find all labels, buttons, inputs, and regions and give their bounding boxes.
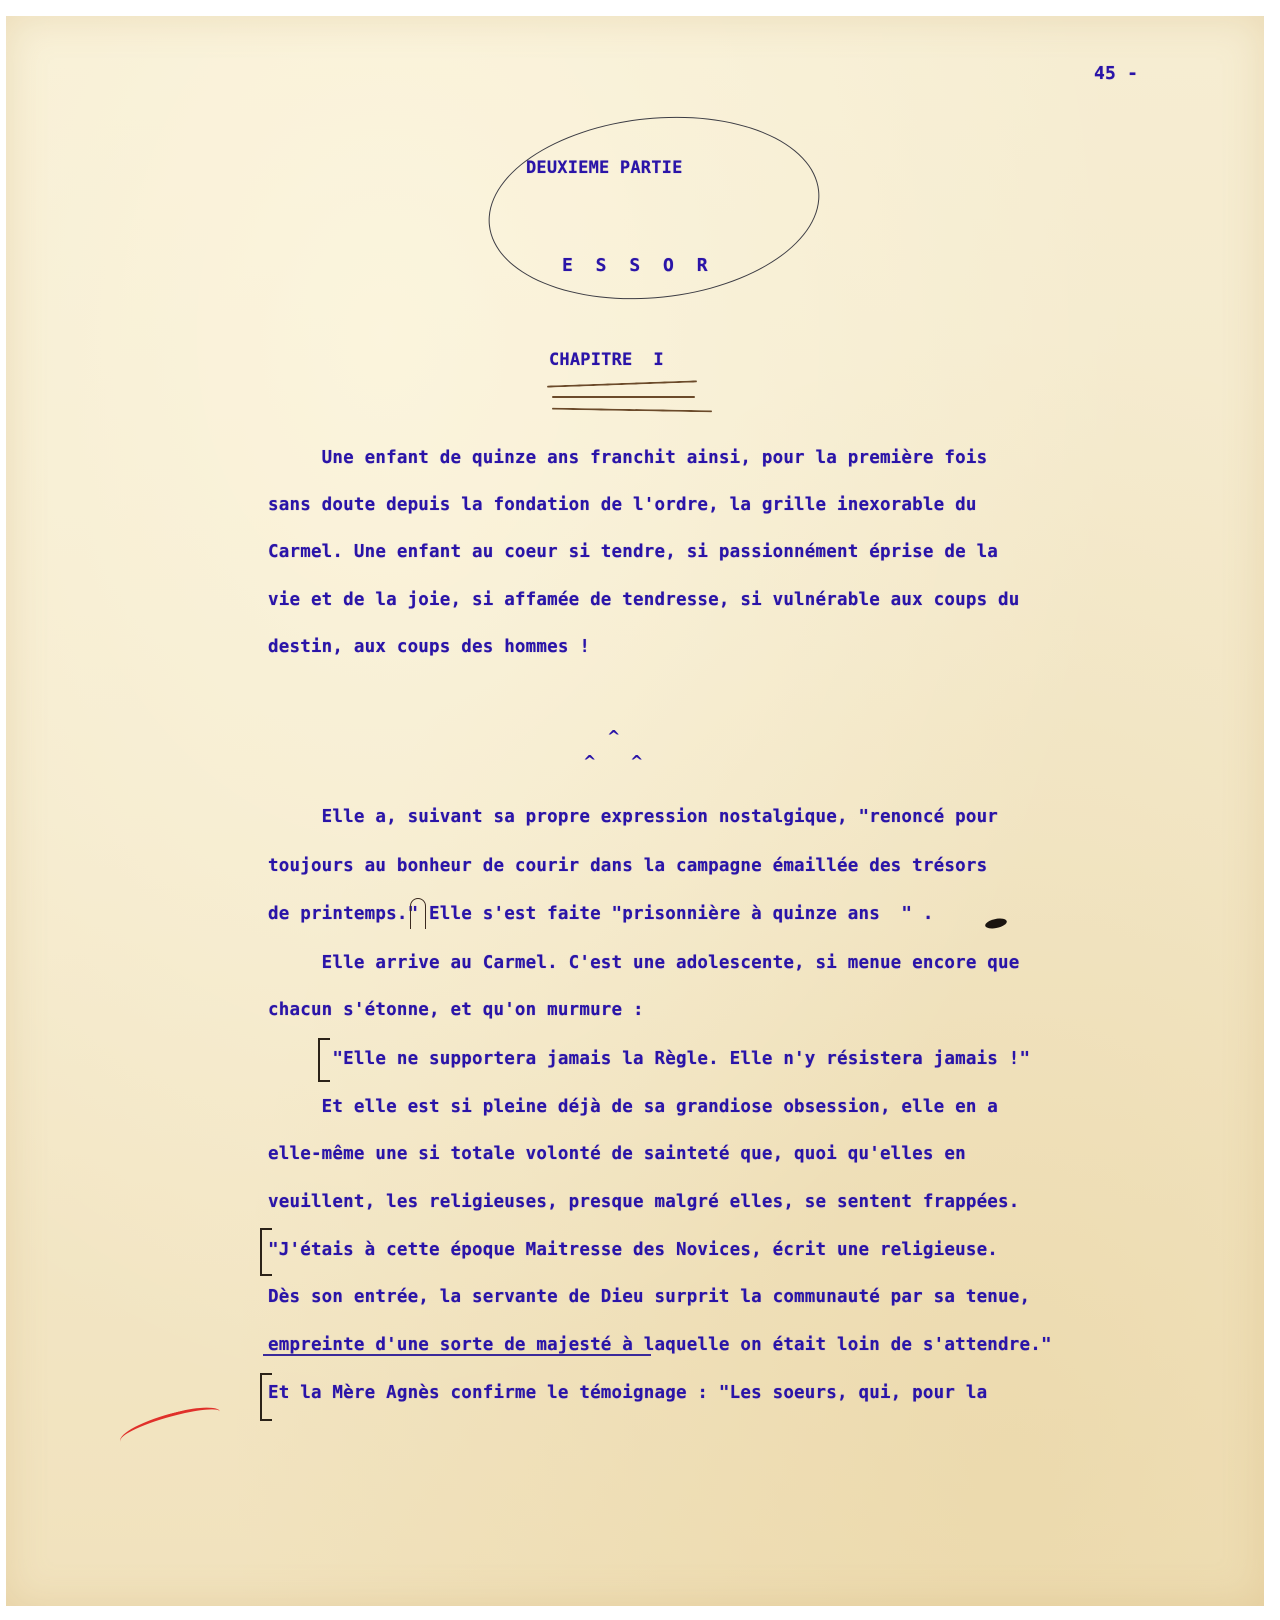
handwritten-underline (263, 1354, 651, 1356)
text-line: sans doute depuis la fondation de l'ordr… (268, 495, 977, 515)
text-line: "J'étais à cette époque Maitresse des No… (268, 1240, 998, 1260)
paragraph-bracket-1 (318, 1038, 330, 1082)
text-line: toujours au bonheur de courir dans la ca… (268, 856, 987, 876)
text-line: Elle a, suivant sa propre expression nos… (268, 807, 998, 827)
text-line: "Elle ne supportera jamais la Règle. Ell… (268, 1049, 1030, 1069)
paragraph-bracket-2 (260, 1228, 272, 1276)
text-line: vie et de la joie, si affamée de tendres… (268, 590, 1020, 610)
text-line: elle-même une si totale volonté de saint… (268, 1144, 966, 1164)
chapter-underline-2 (552, 396, 695, 398)
text-line: empreinte d'une sorte de majesté à laque… (268, 1335, 1052, 1355)
part-subtitle: E S S O R (562, 255, 714, 276)
asterism-left: ^ (583, 752, 596, 771)
text-line: Et elle est si pleine déjà de sa grandio… (268, 1097, 998, 1117)
text-line: Une enfant de quinze ans franchit ainsi,… (268, 448, 987, 468)
text-line: veuillent, les religieuses, presque malg… (268, 1192, 1020, 1212)
text-line: de printemps." Elle s'est faite "prisonn… (268, 904, 934, 924)
asterism-right: ^ (630, 752, 643, 771)
asterism-top: ^ (607, 727, 620, 746)
part-title: DEUXIEME PARTIE (526, 158, 683, 178)
paragraph-bracket-3 (260, 1373, 272, 1421)
text-line: Elle arrive au Carmel. C'est une adolesc… (268, 953, 1020, 973)
text-line: Et la Mère Agnès confirme le témoignage … (268, 1383, 987, 1403)
text-line: Carmel. Une enfant au coeur si tendre, s… (268, 542, 998, 562)
chapter-title: CHAPITRE I (549, 350, 664, 370)
page-number: 45 - (1094, 63, 1138, 84)
insertion-mark (410, 898, 426, 929)
text-line: Dès son entrée, la servante de Dieu surp… (268, 1287, 1030, 1307)
text-line: chacun s'étonne, et qu'on murmure : (268, 1000, 644, 1020)
text-line: destin, aux coups des hommes ! (268, 637, 590, 657)
